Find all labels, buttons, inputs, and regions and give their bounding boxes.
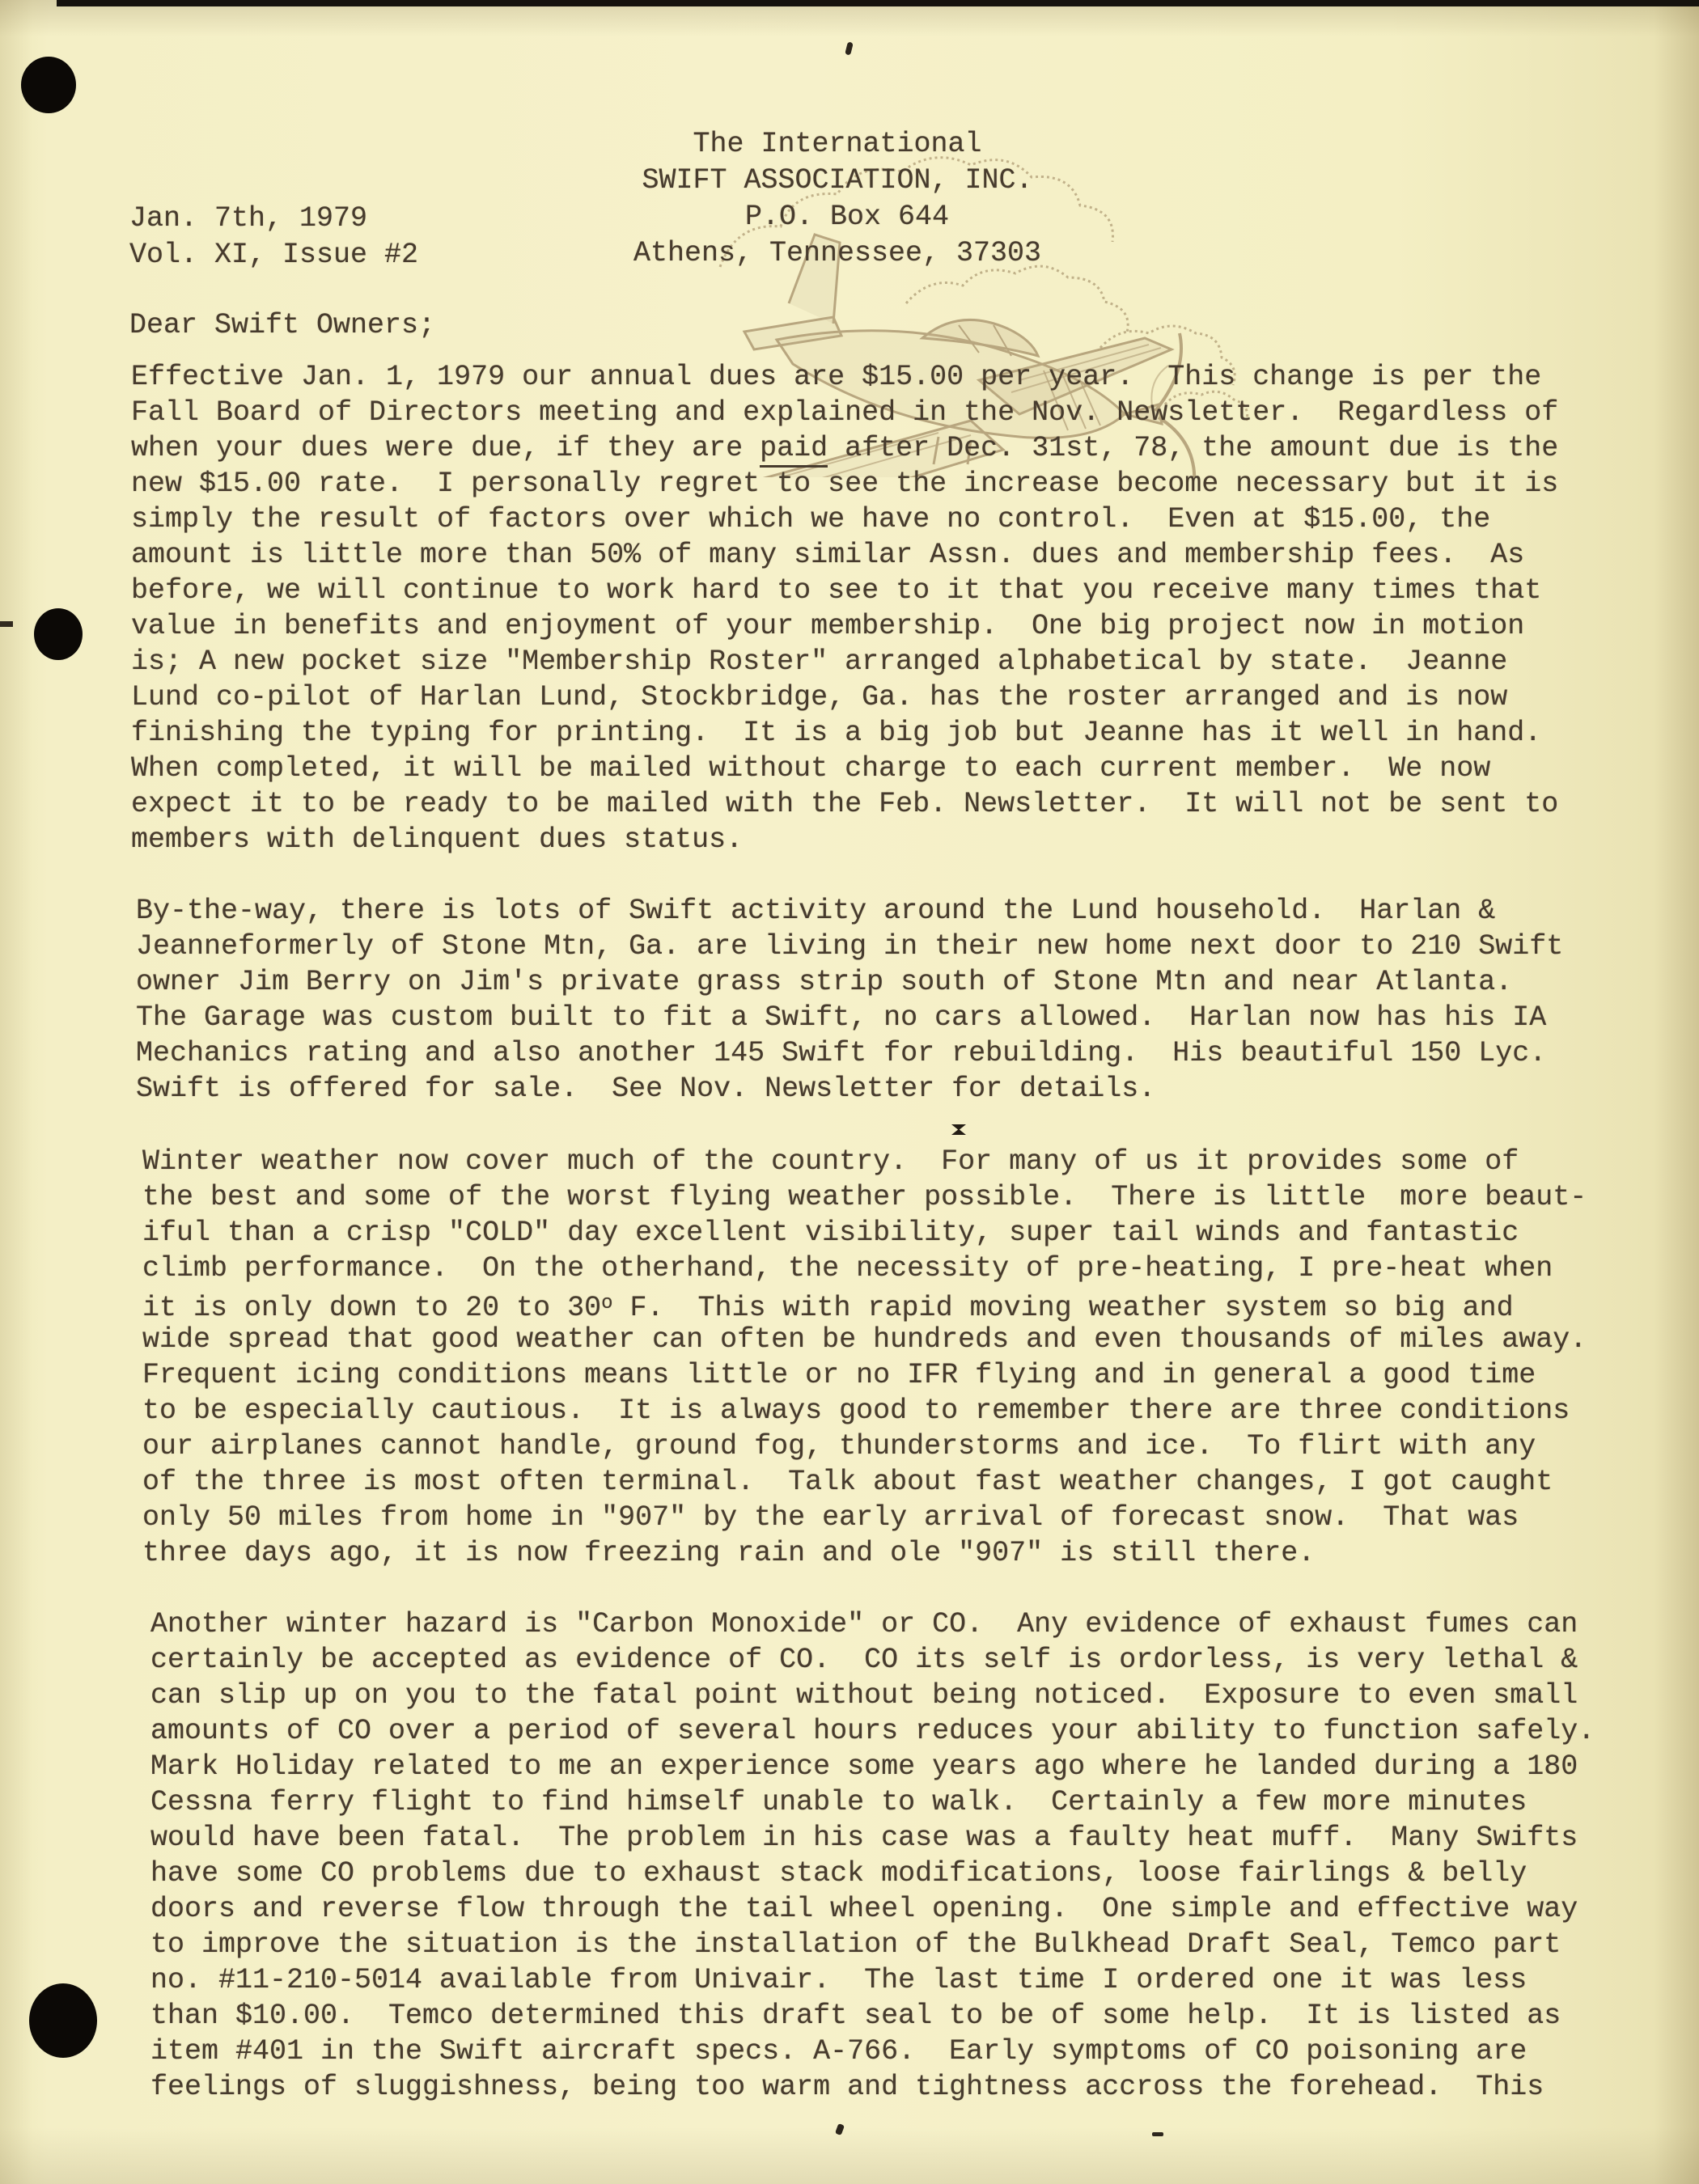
masthead-org-line-2: SWIFT ASSOCIATION, INC. (631, 163, 1044, 199)
date-line: Jan. 7th, 1979 (129, 201, 367, 236)
text-line: doors and reverse flow through the tail … (150, 1891, 1595, 1927)
text-line: iful than a crisp "COLD" day excellent v… (142, 1215, 1587, 1251)
text-line: to be especially cautious. It is always … (142, 1393, 1587, 1428)
text-line: Jeanneformerly of Stone Mtn, Ga. are liv… (136, 929, 1563, 964)
paragraph-4: Another winter hazard is "Carbon Monoxid… (150, 1606, 1595, 2105)
paragraph-3: Winter weather now cover much of the cou… (142, 1144, 1587, 1571)
ink-mark (835, 2123, 845, 2135)
text-line: certainly be accepted as evidence of CO.… (150, 1642, 1595, 1678)
text-line: Lund co-pilot of Harlan Lund, Stockbridg… (131, 679, 1558, 715)
superscript-degree: o (601, 1293, 612, 1314)
text-segment: F. This with rapid moving weather system… (613, 1292, 1514, 1324)
newsletter-page: The International SWIFT ASSOCIATION, INC… (0, 0, 1699, 2184)
text-line: new $15.00 rate. I personally regret to … (131, 466, 1558, 502)
text-line: it is only down to 20 to 30o F. This wit… (142, 1286, 1587, 1322)
text-line: Frequent icing conditions means little o… (142, 1357, 1587, 1393)
text-line: Effective Jan. 1, 1979 our annual dues a… (131, 359, 1558, 395)
ink-mark (951, 1124, 966, 1135)
text-segment: it is only down to 20 to 30 (142, 1292, 601, 1324)
text-line: Winter weather now cover much of the cou… (142, 1144, 1587, 1179)
text-line: owner Jim Berry on Jim's private grass s… (136, 964, 1563, 1000)
ink-mark (0, 621, 13, 627)
salutation: Dear Swift Owners; (129, 307, 435, 343)
text-line: Fall Board of Directors meeting and expl… (131, 395, 1558, 430)
paragraph-2: By-the-way, there is lots of Swift activ… (136, 893, 1563, 1107)
text-line: amounts of CO over a period of several h… (150, 1713, 1595, 1749)
masthead-address-line-1: P.O. Box 644 (641, 199, 1053, 235)
text-line: Swift is offered for sale. See Nov. News… (136, 1071, 1563, 1107)
text-line: to improve the situation is the installa… (150, 1927, 1595, 1962)
text-line: value in benefits and enjoyment of your … (131, 608, 1558, 644)
hole-punch (29, 1983, 97, 2058)
hole-punch (34, 608, 83, 660)
text-line: Mechanics rating and also another 145 Sw… (136, 1035, 1563, 1071)
text-line: When completed, it will be mailed withou… (131, 751, 1558, 786)
paragraph-1: Effective Jan. 1, 1979 our annual dues a… (131, 359, 1558, 857)
text-line: Cessna ferry flight to find himself unab… (150, 1784, 1595, 1820)
text-line: Mark Holiday related to me an experience… (150, 1749, 1595, 1784)
text-line: before, we will continue to work hard to… (131, 573, 1558, 608)
hole-punch (21, 57, 76, 113)
text-segment: when your dues were due, if they are (131, 432, 760, 464)
text-line: Another winter hazard is "Carbon Monoxid… (150, 1606, 1595, 1642)
text-line: only 50 miles from home in "907" by the … (142, 1500, 1587, 1535)
text-line: is; A new pocket size "Membership Roster… (131, 644, 1558, 679)
text-line: expect it to be ready to be mailed with … (131, 786, 1558, 822)
masthead-address-line-2: Athens, Tennessee, 37303 (631, 235, 1044, 272)
text-line: than $10.00. Temco determined this draft… (150, 1998, 1595, 2034)
volume-line: Vol. XI, Issue #2 (129, 237, 418, 273)
text-line: our airplanes cannot handle, ground fog,… (142, 1428, 1587, 1464)
text-line: members with delinquent dues status. (131, 822, 1558, 857)
ink-mark (1152, 2132, 1163, 2136)
text-segment: after Dec. 31st, 78, the amount due is t… (828, 432, 1558, 464)
text-line: the best and some of the worst flying we… (142, 1179, 1587, 1215)
ink-mark (845, 41, 854, 55)
masthead: The International SWIFT ASSOCIATION, INC… (631, 126, 1044, 272)
text-line: wide spread that good weather can often … (142, 1322, 1587, 1357)
text-line: of the three is most often terminal. Tal… (142, 1464, 1587, 1500)
scan-edge (57, 0, 1699, 6)
text-line: would have been fatal. The problem in hi… (150, 1820, 1595, 1856)
text-line: when your dues were due, if they are pai… (131, 430, 1558, 466)
text-line: The Garage was custom built to fit a Swi… (136, 1000, 1563, 1035)
text-line: have some CO problems due to exhaust sta… (150, 1856, 1595, 1891)
text-line: feelings of sluggishness, being too warm… (150, 2069, 1595, 2105)
text-line: three days ago, it is now freezing rain … (142, 1535, 1587, 1571)
text-line: By-the-way, there is lots of Swift activ… (136, 893, 1563, 929)
text-line: no. #11-210-5014 available from Univair.… (150, 1962, 1595, 1998)
text-line: simply the result of factors over which … (131, 502, 1558, 537)
text-line: finishing the typing for printing. It is… (131, 715, 1558, 751)
text-line: climb performance. On the otherhand, the… (142, 1251, 1587, 1286)
text-line: item #401 in the Swift aircraft specs. A… (150, 2034, 1595, 2069)
text-line: amount is little more than 50% of many s… (131, 537, 1558, 573)
masthead-org-line-1: The International (631, 126, 1044, 163)
underlined-word: paid (760, 432, 828, 468)
text-line: can slip up on you to the fatal point wi… (150, 1678, 1595, 1713)
